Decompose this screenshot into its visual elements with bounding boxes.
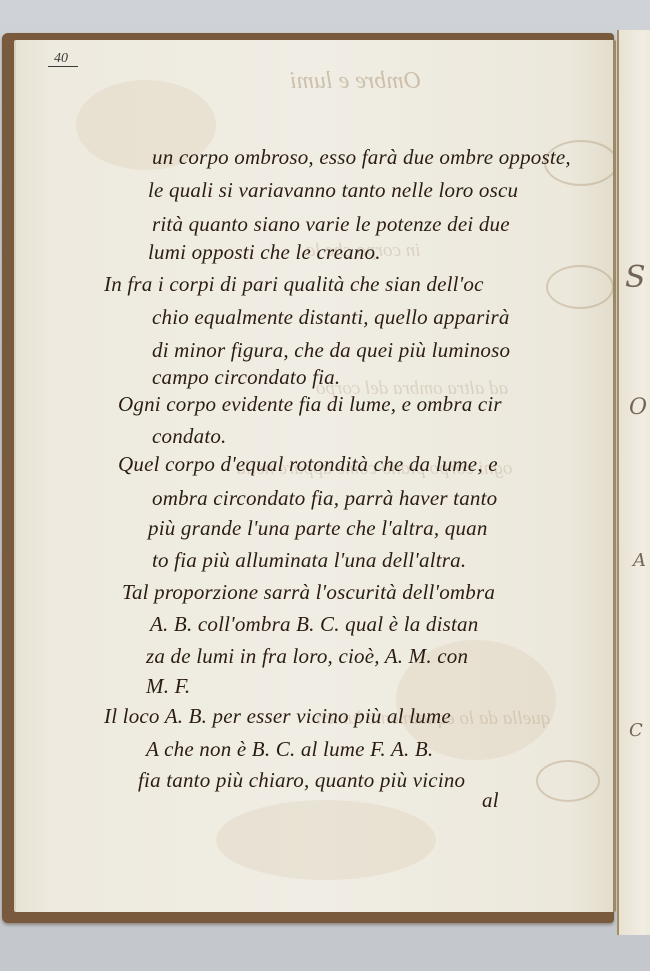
text-line: Quel corpo d'equal rotondità che da lume… bbox=[118, 452, 498, 477]
text-line: chio equalmente distanti, quello apparir… bbox=[152, 305, 510, 330]
text-line: A. B. coll'ombra B. C. qual è la distan bbox=[150, 612, 478, 637]
text-line: M. F. bbox=[146, 674, 190, 699]
text-line: rità quanto siano varie le potenze dei d… bbox=[152, 212, 510, 237]
text-line: Il loco A. B. per esser vicino più al lu… bbox=[104, 704, 451, 729]
text-line: un corpo ombroso, esso farà due ombre op… bbox=[152, 145, 571, 170]
text-line: A che non è B. C. al lume F. A. B. bbox=[146, 737, 433, 762]
text-line: fia tanto più chiaro, quanto più vicino bbox=[138, 768, 465, 793]
text-line: lumi opposti che le creano. bbox=[148, 240, 381, 265]
text-line: di minor figura, che da quei più luminos… bbox=[152, 338, 510, 363]
text-line: al bbox=[482, 788, 499, 813]
text-line: campo circondato fia. bbox=[152, 365, 340, 390]
text-line: to fia più alluminata l'una dell'altra. bbox=[152, 548, 466, 573]
text-line: Ogni corpo evidente fia di lume, e ombra… bbox=[118, 392, 502, 417]
text-line: In fra i corpi di pari qualità che sian … bbox=[104, 272, 484, 297]
text-line: condato. bbox=[152, 424, 227, 449]
text-line: le quali si variavanno tanto nelle loro … bbox=[148, 178, 518, 203]
text-line: Tal proporzione sarrà l'oscurità dell'om… bbox=[122, 580, 495, 605]
text-line: za de lumi in fra loro, cioè, A. M. con bbox=[146, 644, 468, 669]
text-line: ombra circondato fia, parrà haver tanto bbox=[152, 486, 497, 511]
manuscript-text: un corpo ombroso, esso farà due ombre op… bbox=[0, 0, 650, 971]
text-line: più grande l'una parte che l'altra, quan bbox=[148, 516, 488, 541]
